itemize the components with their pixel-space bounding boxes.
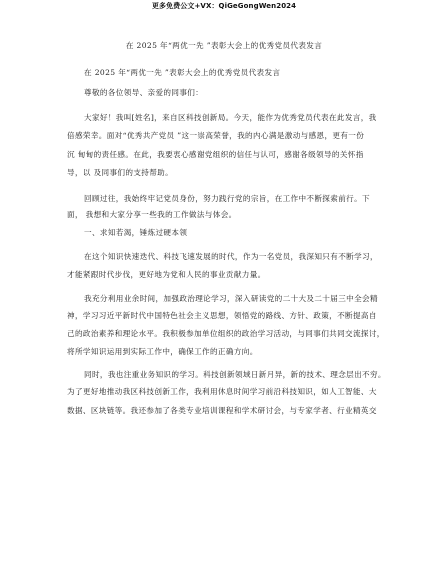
paragraph-line: 神，学习习近平新时代中国特色社会主义思想，领悟党的路线、方针、政策，不断提高自 — [67, 311, 377, 321]
document-title: 在 2025 年“两优一先 ”表彰大会上的优秀党员代表发言 — [0, 41, 448, 51]
paragraph-line: 面， 我想和大家分享一些我的工作做法与体会。 — [67, 210, 237, 220]
document-subtitle: 在 2025 年“两优一先 ”表彰大会上的优秀党员代表发言 — [84, 68, 280, 78]
paragraph-line: 己的政治素养和理论水平。我积极参加单位组织的政治学习活动，与同事们共同交流探讨， — [67, 329, 385, 339]
paragraph-line: 导，以 及同事们的支持帮助。 — [67, 168, 173, 178]
paragraph-line: 数据、区块链等。我还参加了各类专业培训课程和学术研讨会，与专家学者、行业精英交 — [67, 406, 377, 416]
paragraph-line: 将所学知识运用到实际工作中，确保工作的正确方向。 — [67, 347, 258, 357]
salutation: 尊敬的各位领导、亲爱的同事们： — [84, 88, 203, 98]
paragraph-line: 才能紧跟时代步伐，更好地为党和人民的事业贡献力量。 — [67, 270, 266, 280]
paragraph-line: 同时，我也注重业务知识的学习。科技创新领域日新月异，新的技术、理念层出不穷。 — [84, 370, 386, 380]
section-heading: 一、求知若渴，锤炼过硬本领 — [84, 228, 187, 238]
paragraph-line: 大家好！我叫[姓名]，来自区科技创新局。今天，能作为优秀党员代表在此发言，我 — [84, 113, 377, 123]
paragraph-line: 回顾过往，我始终牢记党员身份，努力践行党的宗旨，在工作中不断探索前行。下 — [84, 194, 370, 204]
watermark-header: 更多免费公文+VX：QiGeGongWen2024 — [0, 1, 448, 11]
paragraph-line: 倍感荣幸。面对“优秀共产党员 ”这一崇高荣誉，我的内心满是激动与感恩，更有一份 — [67, 131, 364, 141]
paragraph-line: 我充分利用业余时间，加强政治理论学习，深入研读党的二十大及二十届三中全会精 — [84, 294, 378, 304]
paragraph-line: 在这个知识快速迭代、科技飞速发展的时代，作为一名党员，我深知只有不断学习， — [84, 252, 378, 262]
paragraph-line: 沉 甸甸的责任感。在此，我要衷心感谢党组织的信任与认可，感谢各级领导的关怀指 — [67, 150, 364, 160]
paragraph-line: 为了更好地推动我区科技创新工作，我利用休息时间学习前沿科技知识，如人工智能、大 — [67, 387, 377, 397]
